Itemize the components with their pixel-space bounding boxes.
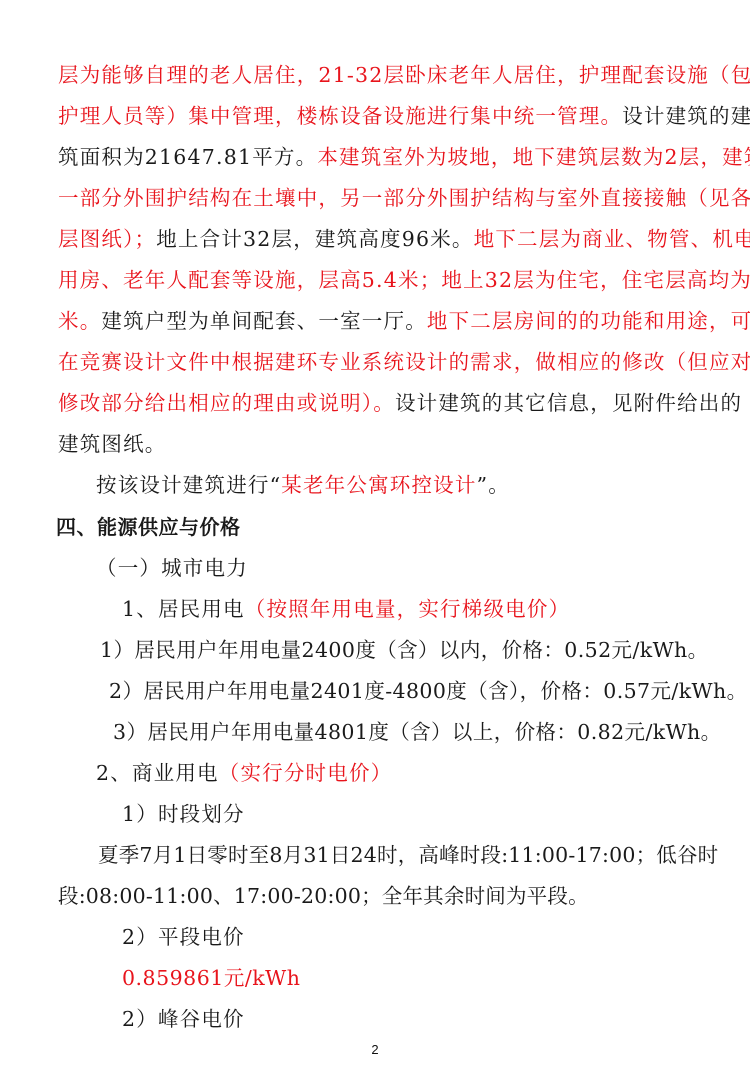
flat-price-value: 0.859861元/kWh [122,965,750,991]
time-division-title: 1）时段划分 [122,801,750,827]
body-text: 地上合计32层，建筑高度96米。 [156,227,473,251]
residential-title-line: 1、居民用电（按照年用电量，实行梯级电价） [122,596,750,622]
body-text: 设计建筑的建 [622,104,750,128]
design-task-highlight: 某老年公寓环控设计 [281,473,476,497]
time-division-line-2: 段:08:00-11:00、17:00-20:00；全年其余时间为平段。 [58,883,698,909]
residential-tier-1: 1）居民用户年用电量2400度（含）以内，价格：0.52元/kWh。 [100,637,740,663]
body-text: 建筑户型为单间配套、一室一厅。 [101,309,427,333]
paragraph-line: 在竞赛设计文件中根据建环专业系统设计的需求，做相应的修改（但应对 [58,349,698,375]
commercial-title: 2、商业用电 [96,761,219,785]
flat-price-title: 2）平段电价 [122,924,750,950]
residential-title: 1、居民用电 [122,597,245,621]
body-text: 设计建筑的其它信息，见附件给出的 [395,391,742,415]
highlighted-text: 地上32层为住宅，住宅层高均为3 [441,268,750,292]
design-task-prefix: 按该设计建筑进行“ [96,473,281,497]
commercial-note: （实行分时电价） [219,761,393,785]
paragraph-line: 护理人员等）集中管理，楼栋设备设施进行集中统一管理。设计建筑的建 [58,103,698,129]
highlighted-text: 地下二层为商业、物管、机电 [474,227,750,251]
highlighted-text: 修改部分给出相应的理由或说明）。 [58,391,395,415]
highlighted-text: 层图纸）； [58,227,156,251]
section-heading: 四、能源供应与价格 [56,514,696,540]
highlighted-text: 用房、老年人配套等设施，层高5.4米； [58,268,441,292]
highlighted-text: 护理人员等）集中管理，楼栋设备设施进行集中统一管理。 [58,104,622,128]
paragraph-line: 层为能够自理的老人居住，21-32层卧床老年人居住，护理配套设施（包括 [58,62,698,88]
paragraph-line: 修改部分给出相应的理由或说明）。设计建筑的其它信息，见附件给出的 [58,390,698,416]
highlighted-text: 层为能够自理的老人居住，21-32层卧床老年人居住，护理配套设施（包括 [58,63,750,87]
paragraph-line: 一部分外围护结构在土壤中，另一部分外围护结构与室外直接接触（见各 [58,185,698,211]
peak-valley-title: 2）峰谷电价 [122,1006,750,1032]
design-task-suffix: ”。 [477,473,510,497]
paragraph-line: 建筑图纸。 [58,431,698,457]
highlighted-text: 一部分外围护结构在土壤中，另一部分外围护结构与室外直接接触（见各 [58,186,750,210]
highlighted-text: 米。 [58,309,101,333]
residential-tier-3: 3）居民用户年用电量4801度（含）以上，价格：0.82元/kWh。 [113,719,750,745]
body-text: 建筑图纸。 [58,432,167,456]
highlighted-text: 本建筑室外为坡地，地下建筑层数为2层，建筑的 [317,145,750,169]
paragraph-line: 用房、老年人配套等设施，层高5.4米；地上32层为住宅，住宅层高均为3 [58,267,698,293]
commercial-title-line: 2、商业用电（实行分时电价） [96,760,736,786]
residential-tier-2: 2）居民用户年用电量2401度-4800度（含），价格：0.57元/kWh。 [109,678,749,704]
subsection-city-power: （一）城市电力 [96,555,736,581]
page-number: 2 [0,1042,750,1057]
body-text: 筑面积为21647.81平方。 [58,145,317,169]
time-division-line-1: 夏季7月1日零时至8月31日24时，高峰时段:11:00-17:00；低谷时 [98,842,698,868]
document-page: 层为能够自理的老人居住，21-32层卧床老年人居住，护理配套设施（包括护理人员等… [0,0,750,1091]
paragraph-line: 筑面积为21647.81平方。本建筑室外为坡地，地下建筑层数为2层，建筑的 [58,144,698,170]
residential-note: （按照年用电量，实行梯级电价） [245,597,571,621]
highlighted-text: 地下二层房间的的功能和用途，可 [427,309,750,333]
design-task-line: 按该设计建筑进行“某老年公寓环控设计”。 [96,472,736,498]
paragraph-line: 米。建筑户型为单间配套、一室一厅。地下二层房间的的功能和用途，可 [58,308,698,334]
paragraph-line: 层图纸）；地上合计32层，建筑高度96米。地下二层为商业、物管、机电 [58,226,698,252]
highlighted-text: 在竞赛设计文件中根据建环专业系统设计的需求，做相应的修改（但应对 [58,350,750,374]
